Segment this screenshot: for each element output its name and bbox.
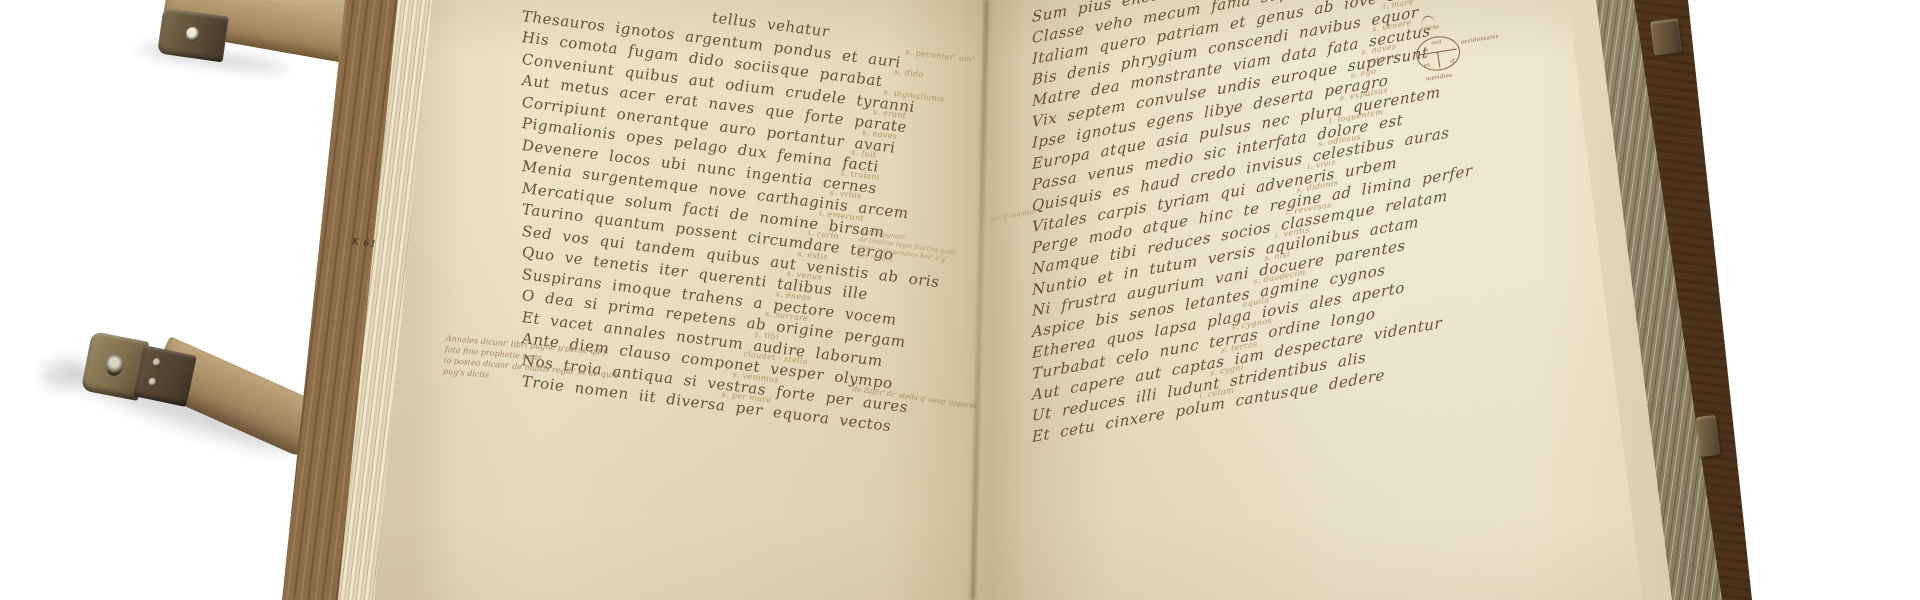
- diagram-inner-label-left: eu: [1423, 62, 1430, 69]
- metal-clasp-plate-bottom: [133, 345, 197, 407]
- metal-catch-top: [1650, 18, 1682, 55]
- interlinear-gloss: laudes: [619, 0, 647, 2]
- rivet-hole: [148, 377, 158, 387]
- diagram-inner-label-top: asia: [1415, 36, 1457, 48]
- diagram-label-bottom: meridies: [1426, 73, 1453, 83]
- clasp-hole: [185, 26, 200, 42]
- metal-clasp-top: [157, 8, 229, 63]
- diagram-label-right: occidentales: [1460, 34, 1499, 46]
- buckle-hole: [104, 353, 125, 378]
- rivet-hole: [152, 357, 162, 367]
- diagram-circle: asia eu af: [1414, 33, 1463, 73]
- diagram-vertical-divider: [1437, 52, 1440, 68]
- diagram-inner-label-right: af: [1449, 58, 1455, 65]
- strap-shadow-bottom-soft: [40, 360, 84, 390]
- photograph-canvas: { "binding": { "spine_inscription": "K 6…: [0, 0, 1920, 600]
